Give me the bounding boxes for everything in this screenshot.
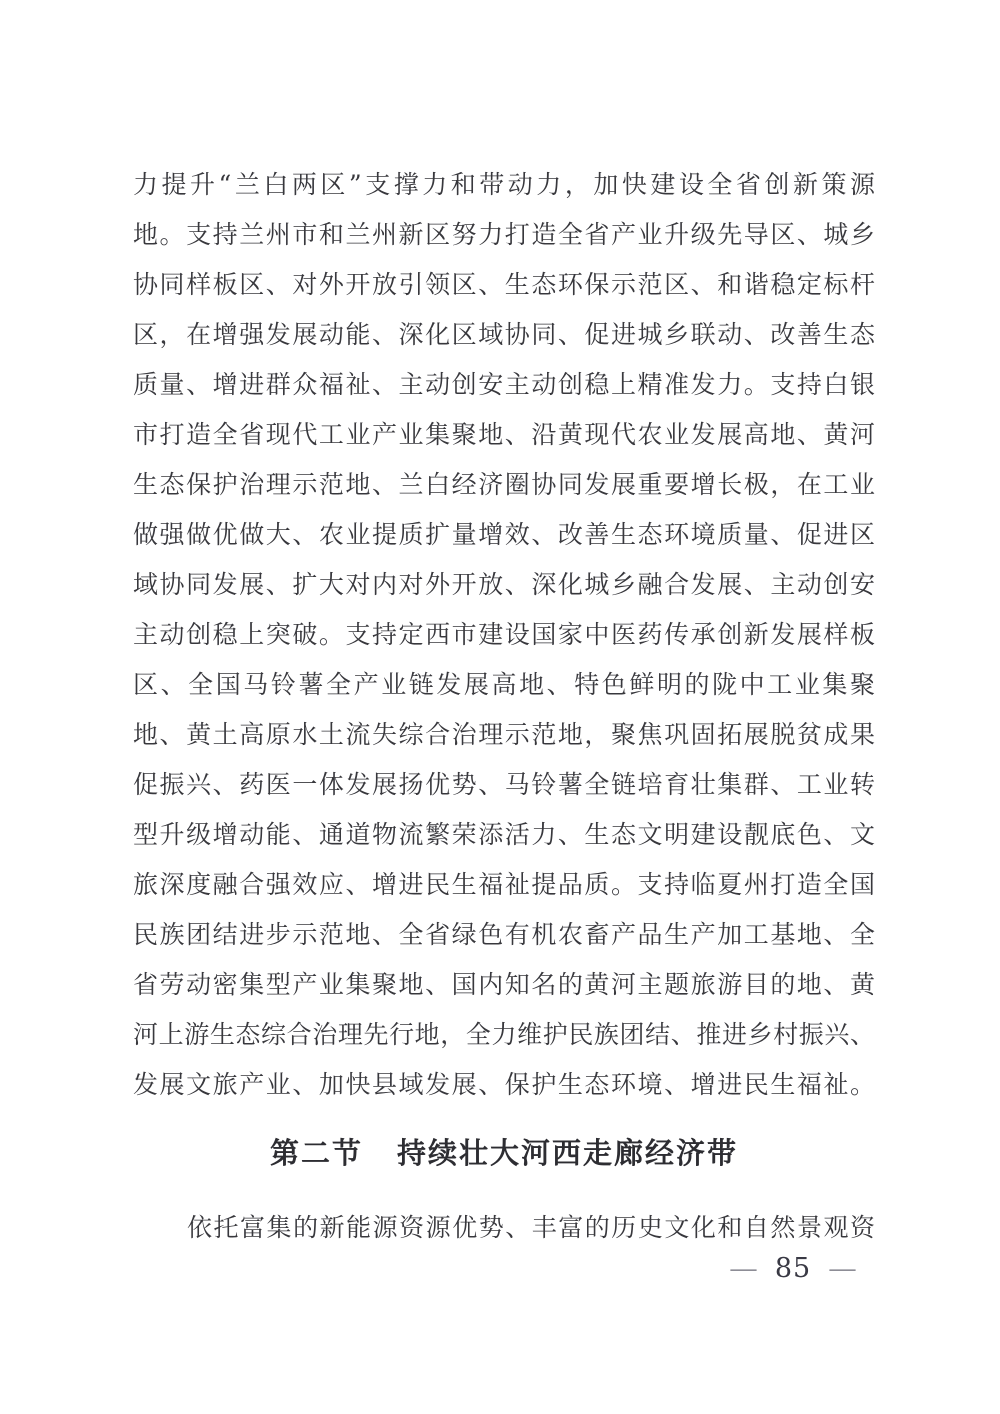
body-line: 域协同发展、扩大对内对外开放、深化城乡融合发展、主动创安 [133,560,875,610]
body-line: 旅深度融合强效应、增进民生福祉提品质。支持临夏州打造全国 [133,860,875,910]
section-title: 持续壮大河西走廊经济带 [397,1128,738,1178]
body-line: 省劳动密集型产业集聚地、国内知名的黄河主题旅游目的地、黄 [133,960,875,1010]
page-number: 85 [775,1253,811,1284]
body-line: 力提升“兰白两区”支撑力和带动力，加快建设全省创新策源 [133,160,875,210]
document-page: 力提升“兰白两区”支撑力和带动力，加快建设全省创新策源 地。支持兰州市和兰州新区… [0,0,1000,1414]
paragraph-first-line: 依托富集的新能源资源优势、丰富的历史文化和自然景观资 [133,1203,875,1253]
body-line: 发展文旅产业、加快县域发展、保护生态环境、增进民生福祉。 [133,1060,875,1110]
page-footer: — 85 — [731,1253,855,1284]
body-line: 地。支持兰州市和兰州新区努力打造全省产业升级先导区、城乡 [133,210,875,260]
footer-dash-right: — [828,1254,857,1283]
body-line: 区、全国马铃薯全产业链发展高地、特色鲜明的陇中工业集聚 [133,660,875,710]
body-line: 型升级增动能、通道物流繁荣添活力、生态文明建设靓底色、文 [133,810,875,860]
section-number: 第二节 [270,1128,363,1178]
body-line: 地、黄土高原水土流失综合治理示范地，聚焦巩固拓展脱贫成果 [133,710,875,760]
section-heading: 第二节 持续壮大河西走廊经济带 [133,1128,875,1178]
body-line: 主动创稳上突破。支持定西市建设国家中医药传承创新发展样板 [133,610,875,660]
body-line: 质量、增进群众福祉、主动创安主动创稳上精准发力。支持白银 [133,360,875,410]
body-line: 做强做优做大、农业提质扩量增效、改善生态环境质量、促进区 [133,510,875,560]
body-line: 民族团结进步示范地、全省绿色有机农畜产品生产加工基地、全 [133,910,875,960]
body-line: 市打造全省现代工业产业集聚地、沿黄现代农业发展高地、黄河 [133,410,875,460]
footer-dash-left: — [729,1254,758,1283]
body-line: 促振兴、药医一体发展扬优势、马铃薯全链培育壮集群、工业转 [133,760,875,810]
body-line: 生态保护治理示范地、兰白经济圈协同发展重要增长极，在工业 [133,460,875,510]
body-line: 协同样板区、对外开放引领区、生态环保示范区、和谐稳定标杆 [133,260,875,310]
body-line: 区，在增强发展动能、深化区域协同、促进城乡联动、改善生态 [133,310,875,360]
body-line: 河上游生态综合治理先行地，全力维护民族团结、推进乡村振兴、 [133,1010,875,1060]
body-text-block: 力提升“兰白两区”支撑力和带动力，加快建设全省创新策源 地。支持兰州市和兰州新区… [133,160,875,1110]
